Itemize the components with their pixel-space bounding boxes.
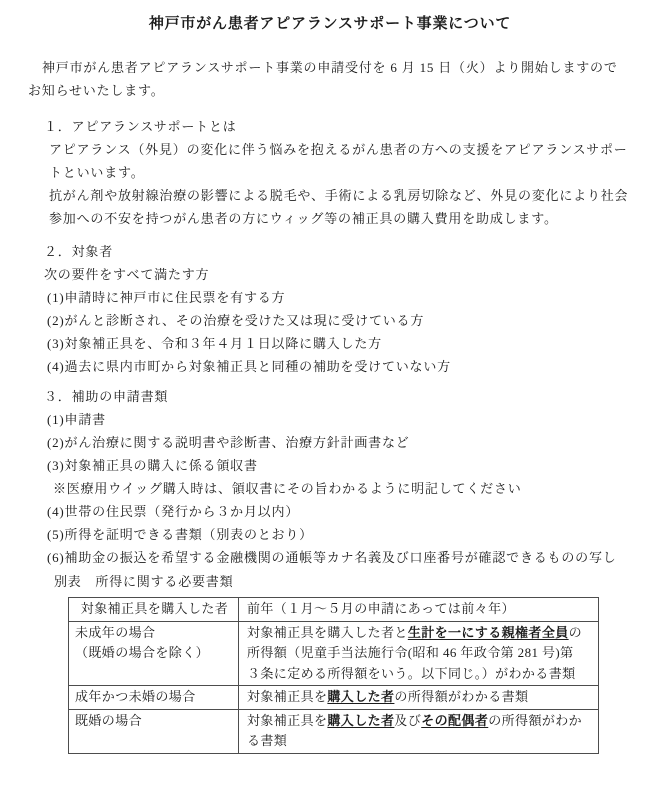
- table-row: 未成年の場合 （既婚の場合を除く） 対象補正具を購入した者と生計を一にする親権者…: [69, 621, 599, 686]
- row-label: 対象補正具を購入した者: [69, 598, 239, 622]
- list-item: (1)申請時に神戸市に住民票を有する方: [47, 286, 632, 309]
- list-item: (5)所得を証明できる書類（別表のとおり）: [47, 523, 632, 546]
- row-value: 対象補正具を購入した者及びその配偶者の所得額がわかる書類: [239, 709, 599, 753]
- intro-line: 神戸市がん患者アピアランスサポート事業の申請受付を 6 月 15 日（火）より開…: [28, 56, 632, 79]
- emphasized-text-segment: その配偶者: [421, 713, 488, 728]
- section-appearance-support: １．アピアランスサポートとは アピアランス（外見）の変化に伴う悩みを抱えるがん患…: [28, 115, 632, 230]
- intro-line: お知らせいたします。: [28, 79, 632, 102]
- row-value: 対象補正具を購入した者の所得額がわかる書類: [239, 686, 599, 710]
- row-value: 前年（１月～５月の申請にあっては前々年）: [239, 598, 599, 622]
- row-label-line: （既婚の場合を除く）: [75, 643, 234, 664]
- emphasized-text-segment: 購入した者: [327, 689, 394, 704]
- table-row: 成年かつ未婚の場合 対象補正具を購入した者の所得額がわかる書類: [69, 686, 599, 710]
- row-label-line: 既婚の場合: [75, 711, 234, 732]
- section-eligibility: ２．対象者 次の要件をすべて満たす方 (1)申請時に神戸市に住民票を有する方 (…: [28, 240, 632, 378]
- section-paragraph: 抗がん剤や放射線治療の影響による脱毛や、手術による乳房切除など、外見の変化により…: [49, 184, 632, 230]
- appendix-caption: 別表 所得に関する必要書類: [54, 570, 632, 593]
- list-item: (2)がんと診断され、その治療を受けた又は現に受けている方: [47, 309, 632, 332]
- list-item: (1)申請書: [47, 408, 632, 431]
- row-label: 成年かつ未婚の場合: [69, 686, 239, 710]
- text-segment: の所得額がわかる書類: [394, 689, 528, 704]
- row-label: 未成年の場合 （既婚の場合を除く）: [69, 621, 239, 686]
- text-segment: 対象補正具を: [247, 713, 327, 728]
- section-heading: １．アピアランスサポートとは: [44, 115, 632, 138]
- text-segment: 対象補正具を購入した者と: [247, 625, 408, 640]
- section-paragraph: アピアランス（外見）の変化に伴う悩みを抱えるがん患者の方への支援をアピアランスサ…: [49, 138, 632, 184]
- emphasized-text-segment: 生計を一にする親権者全員: [408, 625, 569, 640]
- section-heading: ３．補助の申請書類: [44, 385, 632, 408]
- list-item: (4)過去に県内市町から対象補正具と同種の補助を受けていない方: [47, 355, 632, 378]
- document-page: 神戸市がん患者アピアランスサポート事業について 神戸市がん患者アピアランスサポー…: [0, 0, 660, 800]
- section-heading: ２．対象者: [44, 240, 632, 263]
- list-item: (6)補助金の振込を希望する金融機関の通帳等カナ名義及び口座番号が確認できるもの…: [47, 546, 632, 569]
- page-title: 神戸市がん患者アピアランスサポート事業について: [28, 14, 632, 34]
- emphasized-text-segment: 購入した者: [327, 713, 394, 728]
- intro-paragraph: 神戸市がん患者アピアランスサポート事業の申請受付を 6 月 15 日（火）より開…: [28, 56, 632, 102]
- list-item: (3)対象補正具の購入に係る領収書: [47, 454, 632, 477]
- row-label-line: 成年かつ未婚の場合: [75, 687, 234, 708]
- row-value: 対象補正具を購入した者と生計を一にする親権者全員の所得額（児童手当法施行令(昭和…: [239, 621, 599, 686]
- table-row: 既婚の場合 対象補正具を購入した者及びその配偶者の所得額がわかる書類: [69, 709, 599, 753]
- note-line: ※医療用ウイッグ購入時は、領収書にその旨わかるように明記してください: [53, 477, 632, 500]
- list-item: (4)世帯の住民票（発行から３か月以内）: [47, 500, 632, 523]
- section-lead: 次の要件をすべて満たす方: [44, 263, 632, 286]
- list-item: (2)がん治療に関する説明書や診断書、治療方針計画書など: [47, 431, 632, 454]
- text-segment: 対象補正具を: [247, 689, 327, 704]
- row-label-line: 未成年の場合: [75, 623, 234, 644]
- section-application-documents: ３．補助の申請書類 (1)申請書 (2)がん治療に関する説明書や診断書、治療方針…: [28, 385, 632, 569]
- text-segment: 及び: [394, 713, 421, 728]
- row-label: 既婚の場合: [69, 709, 239, 753]
- table-row: 対象補正具を購入した者 前年（１月～５月の申請にあっては前々年）: [69, 598, 599, 622]
- income-documents-table: 対象補正具を購入した者 前年（１月～５月の申請にあっては前々年） 未成年の場合 …: [68, 597, 599, 754]
- list-item: (3)対象補正具を、令和３年４月１日以降に購入した方: [47, 332, 632, 355]
